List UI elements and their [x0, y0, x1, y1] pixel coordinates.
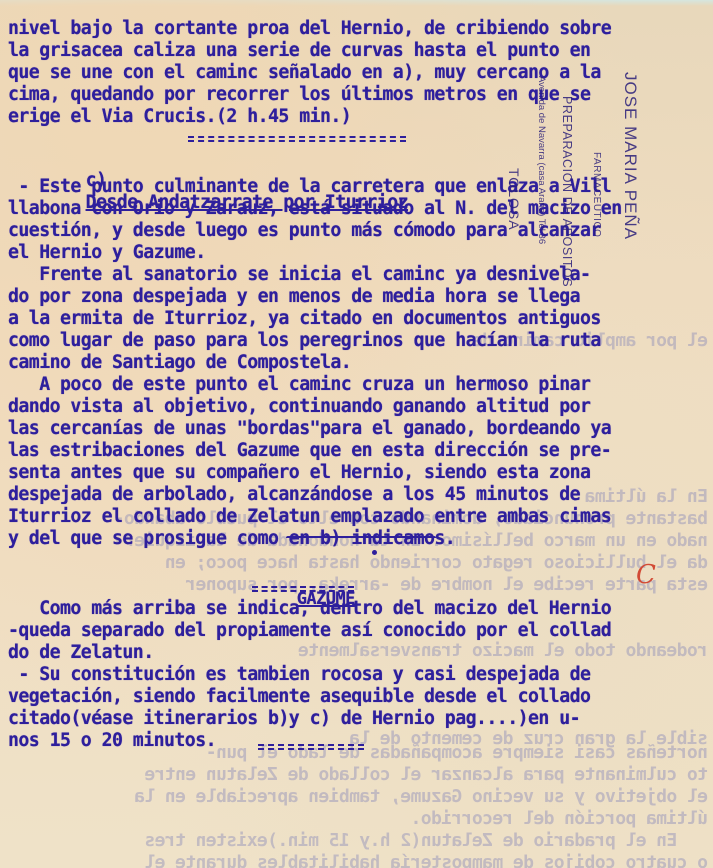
text-line: Iturrioz el collado de Zelatun emplazado… — [8, 506, 611, 528]
stamp-name: JOSE MARIA PEÑA — [620, 72, 640, 240]
text-line: do por zona despejada y en menos de medi… — [8, 286, 580, 308]
typewritten-page: el por amplio camino de En la última bas… — [0, 0, 713, 868]
text-line: senta antes que su compañero el Hernio, … — [8, 462, 590, 484]
text-line: que se une con el caminc señalado en a),… — [8, 62, 601, 84]
text-line: el Hernio y Gazume. — [8, 242, 206, 264]
stamp-address: Avenida de Navarra (casa Arana) Tel 36 — [536, 76, 547, 244]
text-line: despejada de arbolado, alcanzándose a lo… — [8, 484, 580, 506]
bleed-through-line: esta parte recibe el nombre de -arreka, … — [8, 574, 708, 596]
section-divider — [252, 586, 354, 588]
stamp-city: TOLOSA — [506, 168, 522, 231]
text-line: nivel bajo la cortante proa del Hernio, … — [8, 18, 611, 40]
ink-dot — [372, 550, 377, 555]
text-line: vegetación, siendo facilmente asequible … — [8, 686, 590, 708]
hand-drawn-bracket — [286, 536, 436, 550]
red-handwritten-mark: C — [636, 560, 656, 590]
text-line: do de Zelatun. — [8, 642, 154, 664]
text-line: llabona con Orio y Zarauz, está situado … — [8, 198, 622, 220]
text-line: a la ermita de Iturrioz, ya citado en do… — [8, 308, 601, 330]
stamp-profession: FARMACEUTICO — [591, 152, 602, 237]
text-line: Como más arriba se indica, dentro del ma… — [8, 598, 611, 620]
stamp-service: PREPARACION DE APOSITOS — [560, 96, 574, 287]
bleed-through-line: o cuatro cobijos de mampostería habilita… — [8, 852, 708, 868]
text-line: las cercanías de unas "bordas"para el ga… — [8, 418, 611, 440]
bleed-through-line: el objetivo y su vecino Gazume, tambien … — [8, 786, 708, 808]
text-line: erige el Via Crucis.(2 h.45 min.) — [8, 106, 351, 128]
text-line: - Su constitución es tambien rocosa y ca… — [8, 664, 590, 686]
bleed-through-line: to culminante para alcanzar el collado d… — [8, 764, 708, 786]
bleed-through-line: En el pradario de Zelatun(2 h.y 15 min.)… — [8, 830, 708, 852]
text-line: cima, quedando por recorrer los últimos … — [8, 84, 590, 106]
text-line: A poco de este punto el caminc cruza un … — [8, 374, 590, 396]
text-line: como lugar de paso para los peregrinos q… — [8, 330, 601, 352]
text-line: nos 15 o 20 minutos. — [8, 730, 216, 752]
text-line: citado(véase itinerarios b)y c) de Herni… — [8, 708, 580, 730]
text-line: las estribaciones del Gazume que en esta… — [8, 440, 611, 462]
text-line: dando vista al objetivo, continuando gan… — [8, 396, 590, 418]
bleed-through-line: última porción del recorrido. — [8, 808, 708, 830]
bleed-through-line: da el bullicioso regato corriendo hasta … — [8, 552, 708, 574]
section-divider — [258, 744, 364, 746]
text-line: camino de Santiago de Compostela. — [8, 352, 351, 374]
text-line: la grisacea caliza una serie de curvas h… — [8, 40, 590, 62]
section-divider — [188, 136, 406, 138]
text-line: Frente al sanatorio se inicia el caminc … — [8, 264, 590, 286]
text-line: -queda separado del propiamente así cono… — [8, 620, 611, 642]
